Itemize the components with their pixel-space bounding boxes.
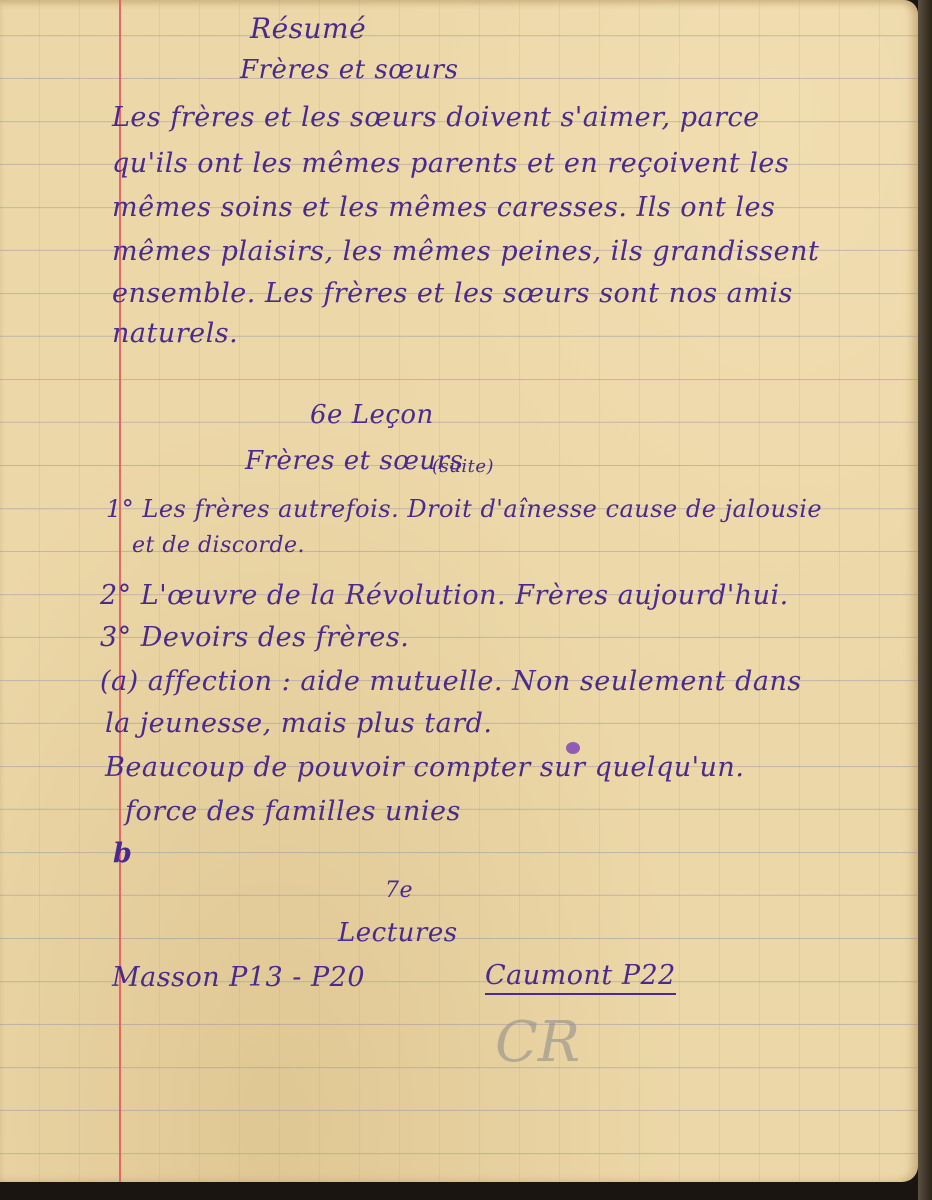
lectures-refs: Masson P13 - P20 [112,962,365,993]
lesson-item: Beaucoup de pouvoir compter sur quelqu'u… [105,752,744,783]
pencil-initials: CR [495,1010,580,1075]
resume-subheading: Frères et sœurs [240,55,458,85]
lesson-item: et de discorde. [132,533,305,558]
lectures-title: Lectures [338,918,458,948]
resume-line: naturels. [112,318,238,349]
resume-line: ensemble. Les frères et les sœurs sont n… [112,278,793,309]
lesson-item: (a) affection : aide mutuelle. Non seule… [100,666,802,697]
resume-heading: Résumé [250,12,366,45]
resume-line: mêmes plaisirs, les mêmes peines, ils gr… [112,236,819,267]
lesson-item: 3° Devoirs des frères. [100,622,409,653]
lesson-item: 1° Les frères autrefois. Droit d'aînesse… [106,495,822,523]
lectures-underlined-ref: Caumont P22 [485,960,676,995]
resume-line: Les frères et les sœurs doivent s'aimer,… [112,102,760,133]
lesson-title: Frères et sœurs [245,446,463,476]
lectures-number: 7e [385,878,413,903]
lesson-item: force des familles unies [125,796,461,827]
lesson-number: 6e Leçon [310,400,434,430]
lesson-title-suffix: (suite) [432,456,494,477]
notebook-edge [918,0,932,1200]
resume-line: qu'ils ont les mêmes parents et en reçoi… [112,148,789,179]
lesson-item: 2° L'œuvre de la Révolution. Frères aujo… [100,580,789,611]
notebook-page: Résumé Frères et sœurs Les frères et les… [0,0,918,1182]
margin-mark: b [113,838,132,869]
lesson-item: la jeunesse, mais plus tard. [105,708,493,739]
resume-line: mêmes soins et les mêmes caresses. Ils o… [112,192,775,223]
